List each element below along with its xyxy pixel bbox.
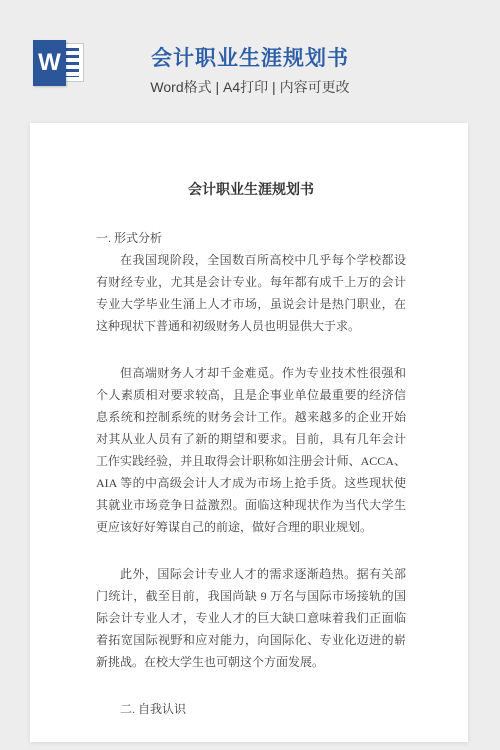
header-banner: W 会计职业生涯规划书 Word格式 | A4打印 | 内容可更改 <box>0 0 500 123</box>
document-heading-1: 一. 形式分析 <box>96 227 406 249</box>
document-paragraph-2: 但高端财务人才却千金难觅。作为专业技术性很强和个人素质相对要求较高，且是企事业单… <box>96 362 406 538</box>
document-paragraph-3: 此外，国际会计专业人才的需求逐渐趋热。据有关部门统计，截至目前，我国尚缺 9 万… <box>96 563 406 673</box>
document-title: 会计职业生涯规划书 <box>96 181 406 201</box>
document-paragraph-1: 在我国现阶段，全国数百所高校中几乎每个学校都设有财经专业，尤其是会计专业。每年都… <box>96 249 406 337</box>
page-subtitle: Word格式 | A4打印 | 内容可更改 <box>0 77 500 97</box>
document-preview-page[interactable]: 会计职业生涯规划书 一. 形式分析 在我国现阶段，全国数百所高校中几乎每个学校都… <box>30 123 468 742</box>
page-title: 会计职业生涯规划书 <box>0 42 500 72</box>
document-heading-2: 二. 自我认识 <box>96 698 406 720</box>
